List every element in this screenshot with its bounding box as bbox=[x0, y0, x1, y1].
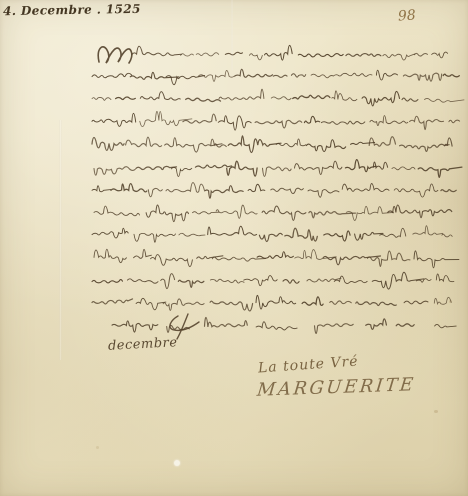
paper-background bbox=[0, 0, 468, 496]
date-annotation: 4. Decembre . 1525 bbox=[3, 2, 141, 18]
folio-number: 98 bbox=[397, 7, 416, 24]
scanned-letter: 4. Decembre . 1525 98 decembre La toute … bbox=[0, 0, 468, 496]
